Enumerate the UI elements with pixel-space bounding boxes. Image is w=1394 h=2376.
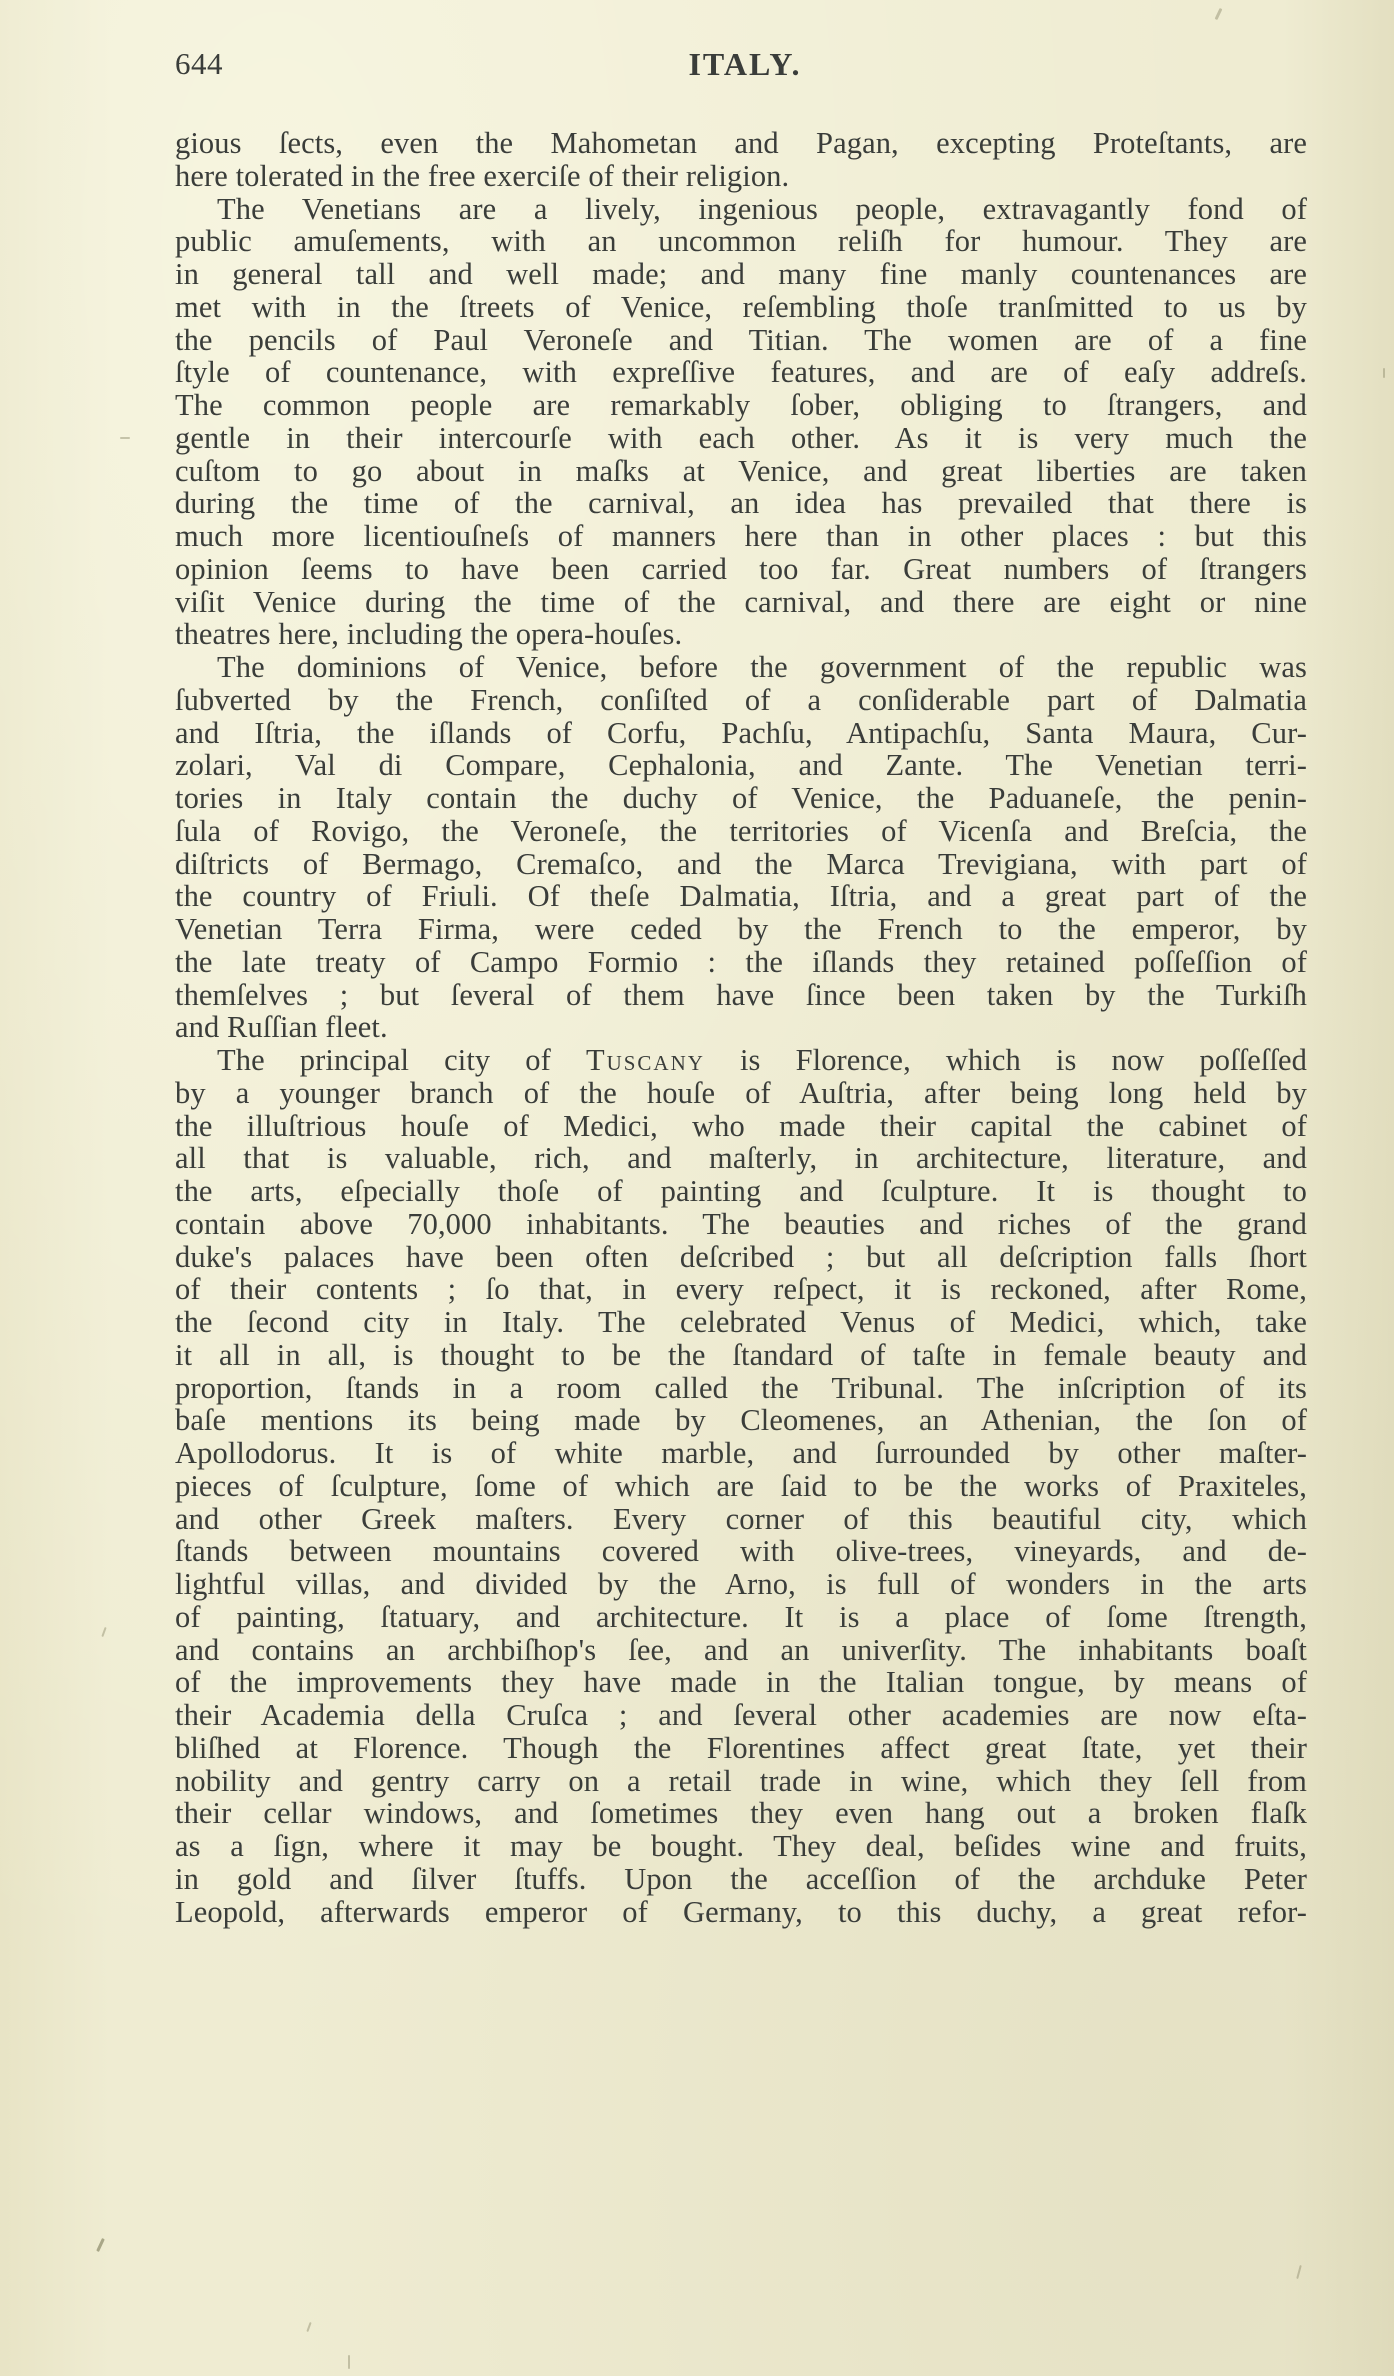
text-line: ſubverted by the French, conſiſted of a … — [175, 684, 1307, 717]
text-line: The Venetians are a lively, ingenious pe… — [175, 193, 1307, 226]
text-line: and other Greek maſters. Every corner of… — [175, 1503, 1307, 1536]
text-line: tories in Italy contain the duchy of Ven… — [175, 782, 1307, 815]
text-line: Leopold, afterwards emperor of Germany, … — [175, 1896, 1307, 1929]
text-fragment: is Florence, which is now poſſeſſed — [705, 1043, 1307, 1077]
text-line: pieces of ſculpture, ſome of which are ſ… — [175, 1470, 1307, 1503]
text-line: The principal city of Tuscany is Florenc… — [175, 1044, 1307, 1077]
book-page: 644 ITALY. gious ſects, even the Mahomet… — [0, 0, 1394, 2376]
text-line: it all in all, is thought to be the ſtan… — [175, 1339, 1307, 1372]
text-line: bliſhed at Florence. Though the Florenti… — [175, 1732, 1307, 1765]
text-line: of painting, ſtatuary, and architecture.… — [175, 1601, 1307, 1634]
text-fragment: The principal city of — [217, 1043, 586, 1077]
paper-speck — [348, 2355, 350, 2369]
text-line: the late treaty of Campo Formio : the iſ… — [175, 946, 1307, 979]
text-line: gious ſects, even the Mahometan and Paga… — [175, 127, 1307, 160]
text-line: the illuſtrious houſe of Medici, who mad… — [175, 1110, 1307, 1143]
text-line: all that is valuable, rich, and maſterly… — [175, 1142, 1307, 1175]
paper-speck — [1383, 368, 1385, 378]
text-line: the arts, eſpecially thoſe of painting a… — [175, 1175, 1307, 1208]
text-line: during the time of the carnival, an idea… — [175, 487, 1307, 520]
text-line: in general tall and well made; and many … — [175, 258, 1307, 291]
text-line: viſit Venice during the time of the carn… — [175, 586, 1307, 619]
text-line: here tolerated in the free exerciſe of t… — [175, 160, 1307, 193]
text-line: The dominions of Venice, before the gove… — [175, 651, 1307, 684]
text-line: cuſtom to go about in maſks at Venice, a… — [175, 455, 1307, 488]
text-line: in gold and ſilver ſtuffs. Upon the acce… — [175, 1863, 1307, 1896]
text-line: and Iſtria, the iſlands of Corfu, Pachſu… — [175, 717, 1307, 750]
paper-speck — [101, 1627, 106, 1637]
text-line: the country of Friuli. Of theſe Dalmatia… — [175, 880, 1307, 913]
text-line: their cellar windows, and ſometimes they… — [175, 1797, 1307, 1830]
text-line: ſtands between mountains covered with ol… — [175, 1535, 1307, 1568]
text-line: baſe mentions its being made by Cleomene… — [175, 1404, 1307, 1437]
body-text: gious ſects, even the Mahometan and Paga… — [175, 127, 1307, 1928]
text-line: contain above 70,000 inhabitants. The be… — [175, 1208, 1307, 1241]
running-title: ITALY. — [175, 44, 1305, 84]
text-line: opinion ſeems to have been carried too f… — [175, 553, 1307, 586]
text-line: Venetian Terra Firma, were ceded by the … — [175, 913, 1307, 946]
text-line: as a ſign, where it may be bought. They … — [175, 1830, 1307, 1863]
text-line: The common people are remarkably ſober, … — [175, 389, 1307, 422]
text-line: the pencils of Paul Veroneſe and Titian.… — [175, 324, 1307, 357]
place-name-smallcaps: Tuscany — [586, 1043, 705, 1077]
text-line: and Ruſſian fleet. — [175, 1011, 1307, 1044]
text-line: lightful villas, and divided by the Arno… — [175, 1568, 1307, 1601]
text-line: of the improvements they have made in th… — [175, 1666, 1307, 1699]
text-line: met with in the ſtreets of Venice, reſem… — [175, 291, 1307, 324]
text-line: theatres here, including the opera-houſe… — [175, 618, 1307, 651]
text-line: the ſecond city in Italy. The celebrated… — [175, 1306, 1307, 1339]
text-line: nobility and gentry carry on a retail tr… — [175, 1765, 1307, 1798]
text-line: of their contents ; ſo that, in every re… — [175, 1273, 1307, 1306]
text-line: themſelves ; but ſeveral of them have ſi… — [175, 979, 1307, 1012]
text-line: and contains an archbiſhop's ſee, and an… — [175, 1634, 1307, 1667]
text-line: proportion, ſtands in a room called the … — [175, 1372, 1307, 1405]
text-line: Apollodorus. It is of white marble, and … — [175, 1437, 1307, 1470]
text-line: ſula of Rovigo, the Veroneſe, the territ… — [175, 815, 1307, 848]
text-line: by a younger branch of the houſe of Auſt… — [175, 1077, 1307, 1110]
paper-speck — [306, 2322, 311, 2332]
text-line: duke's palaces have been often deſcribed… — [175, 1241, 1307, 1274]
paper-speck — [1296, 2265, 1302, 2279]
text-line: gentle in their intercourſe with each ot… — [175, 422, 1307, 455]
running-head: 644 ITALY. — [175, 44, 1305, 84]
text-line: diſtricts of Bermago, Cremaſco, and the … — [175, 848, 1307, 881]
text-line: public amuſements, with an uncommon reli… — [175, 225, 1307, 258]
paper-speck — [96, 2238, 105, 2252]
text-line: their Academia della Cruſca ; and ſevera… — [175, 1699, 1307, 1732]
text-line: much more licentiouſneſs of manners here… — [175, 520, 1307, 553]
paper-speck — [1215, 8, 1223, 20]
text-line: zolari, Val di Compare, Cephalonia, and … — [175, 749, 1307, 782]
paper-speck — [120, 437, 130, 439]
text-line: ſtyle of countenance, with expreſſive fe… — [175, 356, 1307, 389]
